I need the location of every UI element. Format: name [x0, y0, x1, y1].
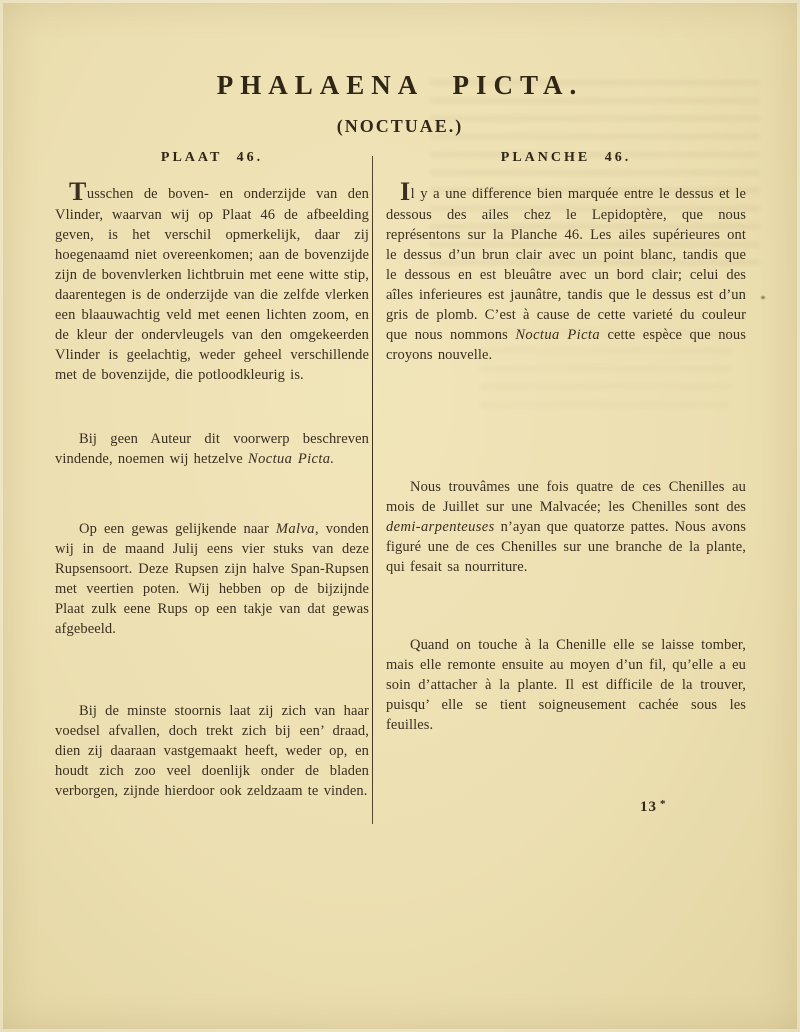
column-divider-rule — [372, 156, 373, 824]
dutch-paragraph-1: Tusschen de boven- en onderzijde van den… — [55, 179, 369, 385]
paragraph-text: usschen de boven- en onderzijde van den … — [55, 186, 369, 383]
page-subtitle: (NOCTUAE.) — [0, 116, 800, 137]
dutch-paragraph-4: Bij de minste stoornis laat zij zich van… — [55, 701, 369, 801]
paragraph-text: l y a une difference bien marquée entre … — [386, 186, 746, 343]
page-number-asterisk: * — [660, 798, 667, 810]
page-number-value: 13 — [640, 799, 657, 815]
species-name-italic: Noctua Picta — [515, 327, 600, 343]
plant-name-italic: Malva — [276, 521, 315, 537]
drop-initial: T — [69, 177, 87, 206]
dutch-column-heading: PLAAT 46. — [55, 150, 369, 166]
paragraph-text: Op een gewas gelijkende naar — [79, 521, 276, 537]
french-paragraph-3: Quand on touche à la Chenille elle se la… — [386, 635, 746, 735]
french-column-heading: PLANCHE 46. — [386, 150, 746, 166]
two-column-layout: PLAAT 46. Tusschen de boven- en onderzij… — [0, 150, 800, 850]
dutch-paragraph-2: Bij geen Auteur dit voorwerp beschreven … — [55, 429, 369, 469]
french-paragraph-2: Nous trouvâmes une fois quatre de ces Ch… — [386, 477, 746, 577]
caterpillar-type-italic: demi-arpenteuses — [386, 519, 495, 535]
french-column: PLANCHE 46. Il y a une difference bien m… — [386, 150, 746, 735]
page-number: 13* — [640, 798, 667, 816]
dutch-column: PLAAT 46. Tusschen de boven- en onderzij… — [55, 150, 369, 801]
book-page: PHALAENA PICTA. (NOCTUAE.) PLAAT 46. Tus… — [0, 0, 800, 1032]
species-name-italic: Noctua Picta. — [248, 451, 334, 467]
paragraph-text: Nous trouvâmes une fois quatre de ces Ch… — [386, 479, 746, 515]
french-paragraph-1: Il y a une difference bien marquée entre… — [386, 179, 746, 365]
dutch-paragraph-3: Op een gewas gelijkende naar Malva, vond… — [55, 519, 369, 639]
page-title: PHALAENA PICTA. — [0, 70, 800, 101]
paragraph-text: , vonden wij in de maand Julij eens vier… — [55, 521, 369, 637]
drop-initial: I — [400, 177, 411, 206]
